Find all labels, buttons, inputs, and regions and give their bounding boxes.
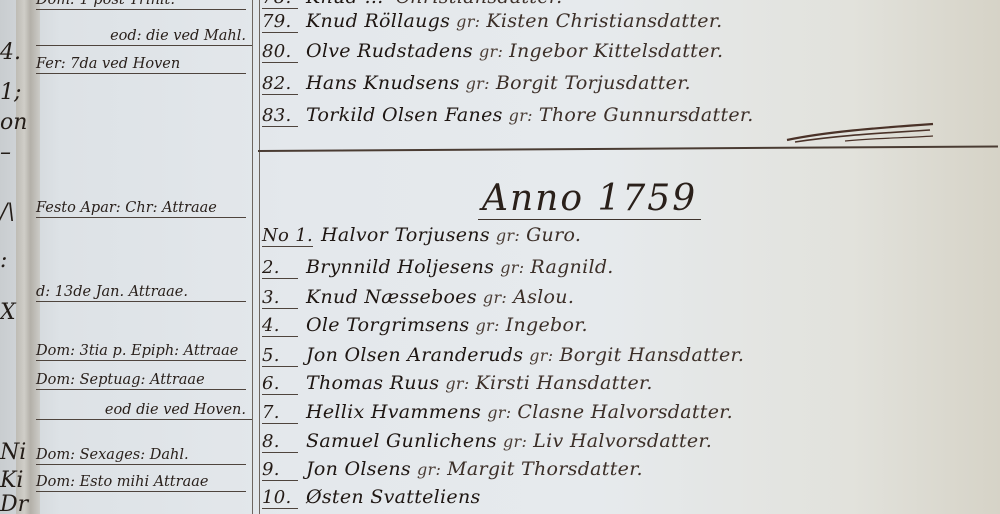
groom-name: Ole Torgrimsens	[306, 314, 469, 336]
married-abbrev: gr:	[500, 258, 524, 277]
register-entry: 83.Torkild Olsen Fanesgr:Thore Gunnursda…	[262, 104, 754, 127]
date-annotation: eod: die ved Mahl.	[36, 28, 252, 46]
margin-fragment: Ki	[0, 468, 23, 493]
register-entry: 8.Samuel Gunlichensgr:Liv Halvorsdatter.	[262, 430, 712, 453]
married-abbrev: gr:	[466, 74, 490, 93]
bride-name: Thore Gunnursdatter.	[539, 104, 754, 126]
entry-number: 5.	[262, 345, 298, 367]
groom-name: Halvor Torjusens	[321, 224, 490, 246]
groom-name: Østen Svatteliens	[306, 486, 481, 508]
married-abbrev: gr:	[456, 12, 480, 31]
margin-fragment: 1;	[0, 80, 21, 105]
date-annotation: Dom: 3tia p. Epiph: Attraae	[36, 343, 246, 361]
married-abbrev: gr:	[479, 42, 503, 61]
register-entry: 9.Jon Olsensgr:Margit Thorsdatter.	[262, 458, 643, 481]
groom-name: Thomas Ruus	[306, 372, 439, 394]
margin-fragment: :	[0, 248, 7, 273]
page-binding-shadow	[16, 0, 40, 514]
married-abbrev: gr:	[445, 374, 469, 393]
groom-name: Olve Rudstadens	[306, 40, 473, 62]
date-annotation: Festo Apar: Chr: Attraae	[36, 200, 246, 218]
married-abbrev: gr:	[417, 460, 441, 479]
married-abbrev: gr:	[503, 432, 527, 451]
register-entry: 6.Thomas Ruusgr:Kirsti Hansdatter.	[262, 372, 653, 395]
bride-name: Borgit Torjusdatter.	[496, 72, 691, 94]
bride-name: Kisten Christiansdatter.	[486, 10, 722, 32]
margin-fragment: /\	[0, 200, 15, 225]
date-annotation: d: 13de Jan. Attraae.	[36, 284, 246, 302]
date-annotation: Dom: Septuag: Attraae	[36, 372, 246, 390]
column-divider	[252, 0, 260, 514]
entry-number: 6.	[262, 373, 298, 395]
bride-name: Liv Halvorsdatter.	[533, 430, 712, 452]
entry-number: 4.	[262, 315, 298, 337]
entry-number: 82.	[262, 73, 298, 95]
date-annotation: Fer: 7da ved Hoven	[36, 56, 246, 74]
margin-fragment: Ni	[0, 440, 26, 465]
register-entry: 10.Østen Svatteliens	[262, 486, 493, 509]
date-annotation: eod die ved Hoven.	[36, 402, 252, 420]
margin-fragment: –	[0, 140, 11, 165]
bride-name: Guro.	[526, 224, 581, 246]
groom-name: Hans Knudsens	[306, 72, 460, 94]
register-entry: 79.Knud Röllaugsgr:Kisten Christiansdatt…	[262, 10, 722, 33]
married-abbrev: gr:	[483, 288, 507, 307]
flourish-icon	[785, 122, 935, 144]
register-entry: 5.Jon Olsen Aranderudsgr:Borgit Hansdatt…	[262, 344, 744, 367]
register-entry: 80.Olve Rudstadensgr:Ingebor Kittelsdatt…	[262, 40, 723, 63]
year-separator-rule	[258, 145, 998, 152]
entry-number: 10.	[262, 487, 298, 509]
entry-number: 80.	[262, 41, 298, 63]
margin-fragment: X	[0, 300, 16, 325]
bride-name: Borgit Hansdatter.	[559, 344, 744, 366]
bride-name: Aslou.	[513, 286, 574, 308]
entry-number: 78.	[262, 0, 298, 9]
margin-fragment: 4.	[0, 40, 21, 65]
bride-name: Ingebor Kittelsdatter.	[509, 40, 723, 62]
entry-number: 2.	[262, 257, 298, 279]
groom-name: Torkild Olsen Fanes	[306, 104, 503, 126]
entry-number: 3.	[262, 287, 298, 309]
entry-number: 79.	[262, 11, 298, 33]
register-entry: 4.Ole Torgrimsensgr:Ingebor.	[262, 314, 588, 337]
married-abbrev: gr:	[509, 106, 533, 125]
groom-name: Samuel Gunlichens	[306, 430, 497, 452]
register-entry: 3.Knud Næsseboesgr:Aslou.	[262, 286, 574, 309]
groom-name: Jon Olsens	[306, 458, 411, 480]
margin-fragment: Dr	[0, 492, 28, 514]
groom-name: Knud Næsseboes	[306, 286, 477, 308]
entry-number: 8.	[262, 431, 298, 453]
register-entry: 7.Hellix Hvammensgr:Clasne Halvorsdatter…	[262, 401, 733, 424]
entry-number: 7.	[262, 402, 298, 424]
groom-name: Brynnild Holjesens	[306, 256, 494, 278]
bride-name: Ingebor.	[506, 314, 588, 336]
bride-name: Christiansdatter.	[396, 0, 563, 8]
groom-name: Knud …	[306, 0, 384, 8]
date-annotation: Dom: Esto mihi Attraae	[36, 474, 246, 492]
register-page: 4.1;on–/\:XNiKiDr Dom: 1 post Trinit.eod…	[0, 0, 1000, 514]
entry-number: 83.	[262, 105, 298, 127]
married-abbrev: gr:	[475, 316, 499, 335]
entry-number: 9.	[262, 459, 298, 481]
groom-name: Hellix Hvammens	[306, 401, 481, 423]
bride-name: Ragnild.	[530, 256, 613, 278]
register-entry: 82.Hans Knudsensgr:Borgit Torjusdatter.	[262, 72, 691, 95]
bride-name: Clasne Halvorsdatter.	[517, 401, 733, 423]
married-abbrev: gr:	[487, 403, 511, 422]
date-annotation: Dom: 1 post Trinit.	[36, 0, 246, 10]
bride-name: Kirsti Hansdatter.	[476, 372, 653, 394]
margin-fragment: on	[0, 110, 27, 135]
register-entry: 2.Brynnild Holjesensgr:Ragnild.	[262, 256, 614, 279]
bride-name: Margit Thorsdatter.	[447, 458, 643, 480]
married-abbrev: gr:	[496, 226, 520, 245]
entry-number: No 1.	[262, 225, 313, 247]
married-abbrev: gr:	[529, 346, 553, 365]
date-annotation: Dom: Sexages: Dahl.	[36, 447, 246, 465]
register-entry: No 1.Halvor Torjusensgr:Guro.	[262, 224, 581, 247]
register-entry: 78.Knud …Christiansdatter.	[262, 0, 563, 9]
groom-name: Knud Röllaugs	[306, 10, 450, 32]
year-heading: Anno 1759	[478, 178, 701, 220]
groom-name: Jon Olsen Aranderuds	[306, 344, 523, 366]
